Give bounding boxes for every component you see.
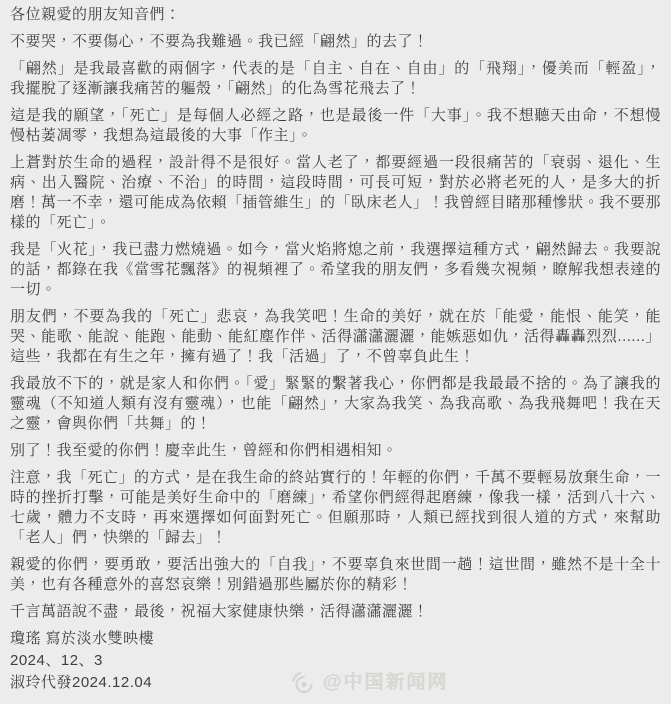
signature-author: 瓊瑤 寫於淡水雙映樓 (10, 629, 661, 649)
paragraph-1: 不要哭，不要傷心，不要為我難過。我已經「翩然」的去了！ (10, 32, 661, 52)
paragraph-5: 我是「火花」，我已盡力燃燒過。如今，當火焰將熄之前，我選擇這種方式，翩然歸去。我… (10, 240, 661, 300)
paragraph-10: 親愛的你們，要勇敢，要活出強大的「自我」，不要辜負來世間一趟！這世間，雖然不是十… (10, 555, 661, 595)
paragraph-7: 我最放不下的，就是家人和你們。「愛」緊緊的繫著我心，你們都是我最最不捨的。為了讓… (10, 374, 661, 434)
paragraph-6: 朋友們，不要為我的「死亡」悲哀，為我笑吧！生命的美好，就在於「能愛，能恨、能笑，… (10, 307, 661, 367)
paragraph-2: 「翩然」是我最喜歡的兩個字，代表的是「自主、自在、自由」的「飛翔」，優美而「輕盈… (10, 59, 661, 99)
signature-date: 2024、12、3 (10, 651, 661, 671)
paragraph-8: 別了！我至愛的你們！慶幸此生，曾經和你們相遇相知。 (10, 441, 661, 461)
signature-posted-by: 淑玲代發2024.12.04 (10, 673, 661, 693)
paragraph-4: 上蒼對於生命的過程，設計得不是很好。當人老了，都要經過一段很痛苦的「衰弱、退化、… (10, 153, 661, 233)
paragraph-11: 千言萬語說不盡，最後，祝福大家健康快樂，活得瀟瀟灑灑！ (10, 602, 661, 622)
letter-page: { "page": { "background_color": "#ececec… (0, 0, 671, 704)
paragraph-3: 這是我的願望，「死亡」是每個人必經之路，也是最後一件「大事」。我不想聽天由命，不… (10, 106, 661, 146)
farewell-letter: 各位親愛的朋友知音們： 不要哭，不要傷心，不要為我難過。我已經「翩然」的去了！ … (0, 0, 671, 693)
paragraph-9: 注意，我「死亡」的方式，是在我生命的終站實行的！年輕的你們，千萬不要輕易放棄生命… (10, 468, 661, 548)
salutation: 各位親愛的朋友知音們： (10, 5, 661, 25)
